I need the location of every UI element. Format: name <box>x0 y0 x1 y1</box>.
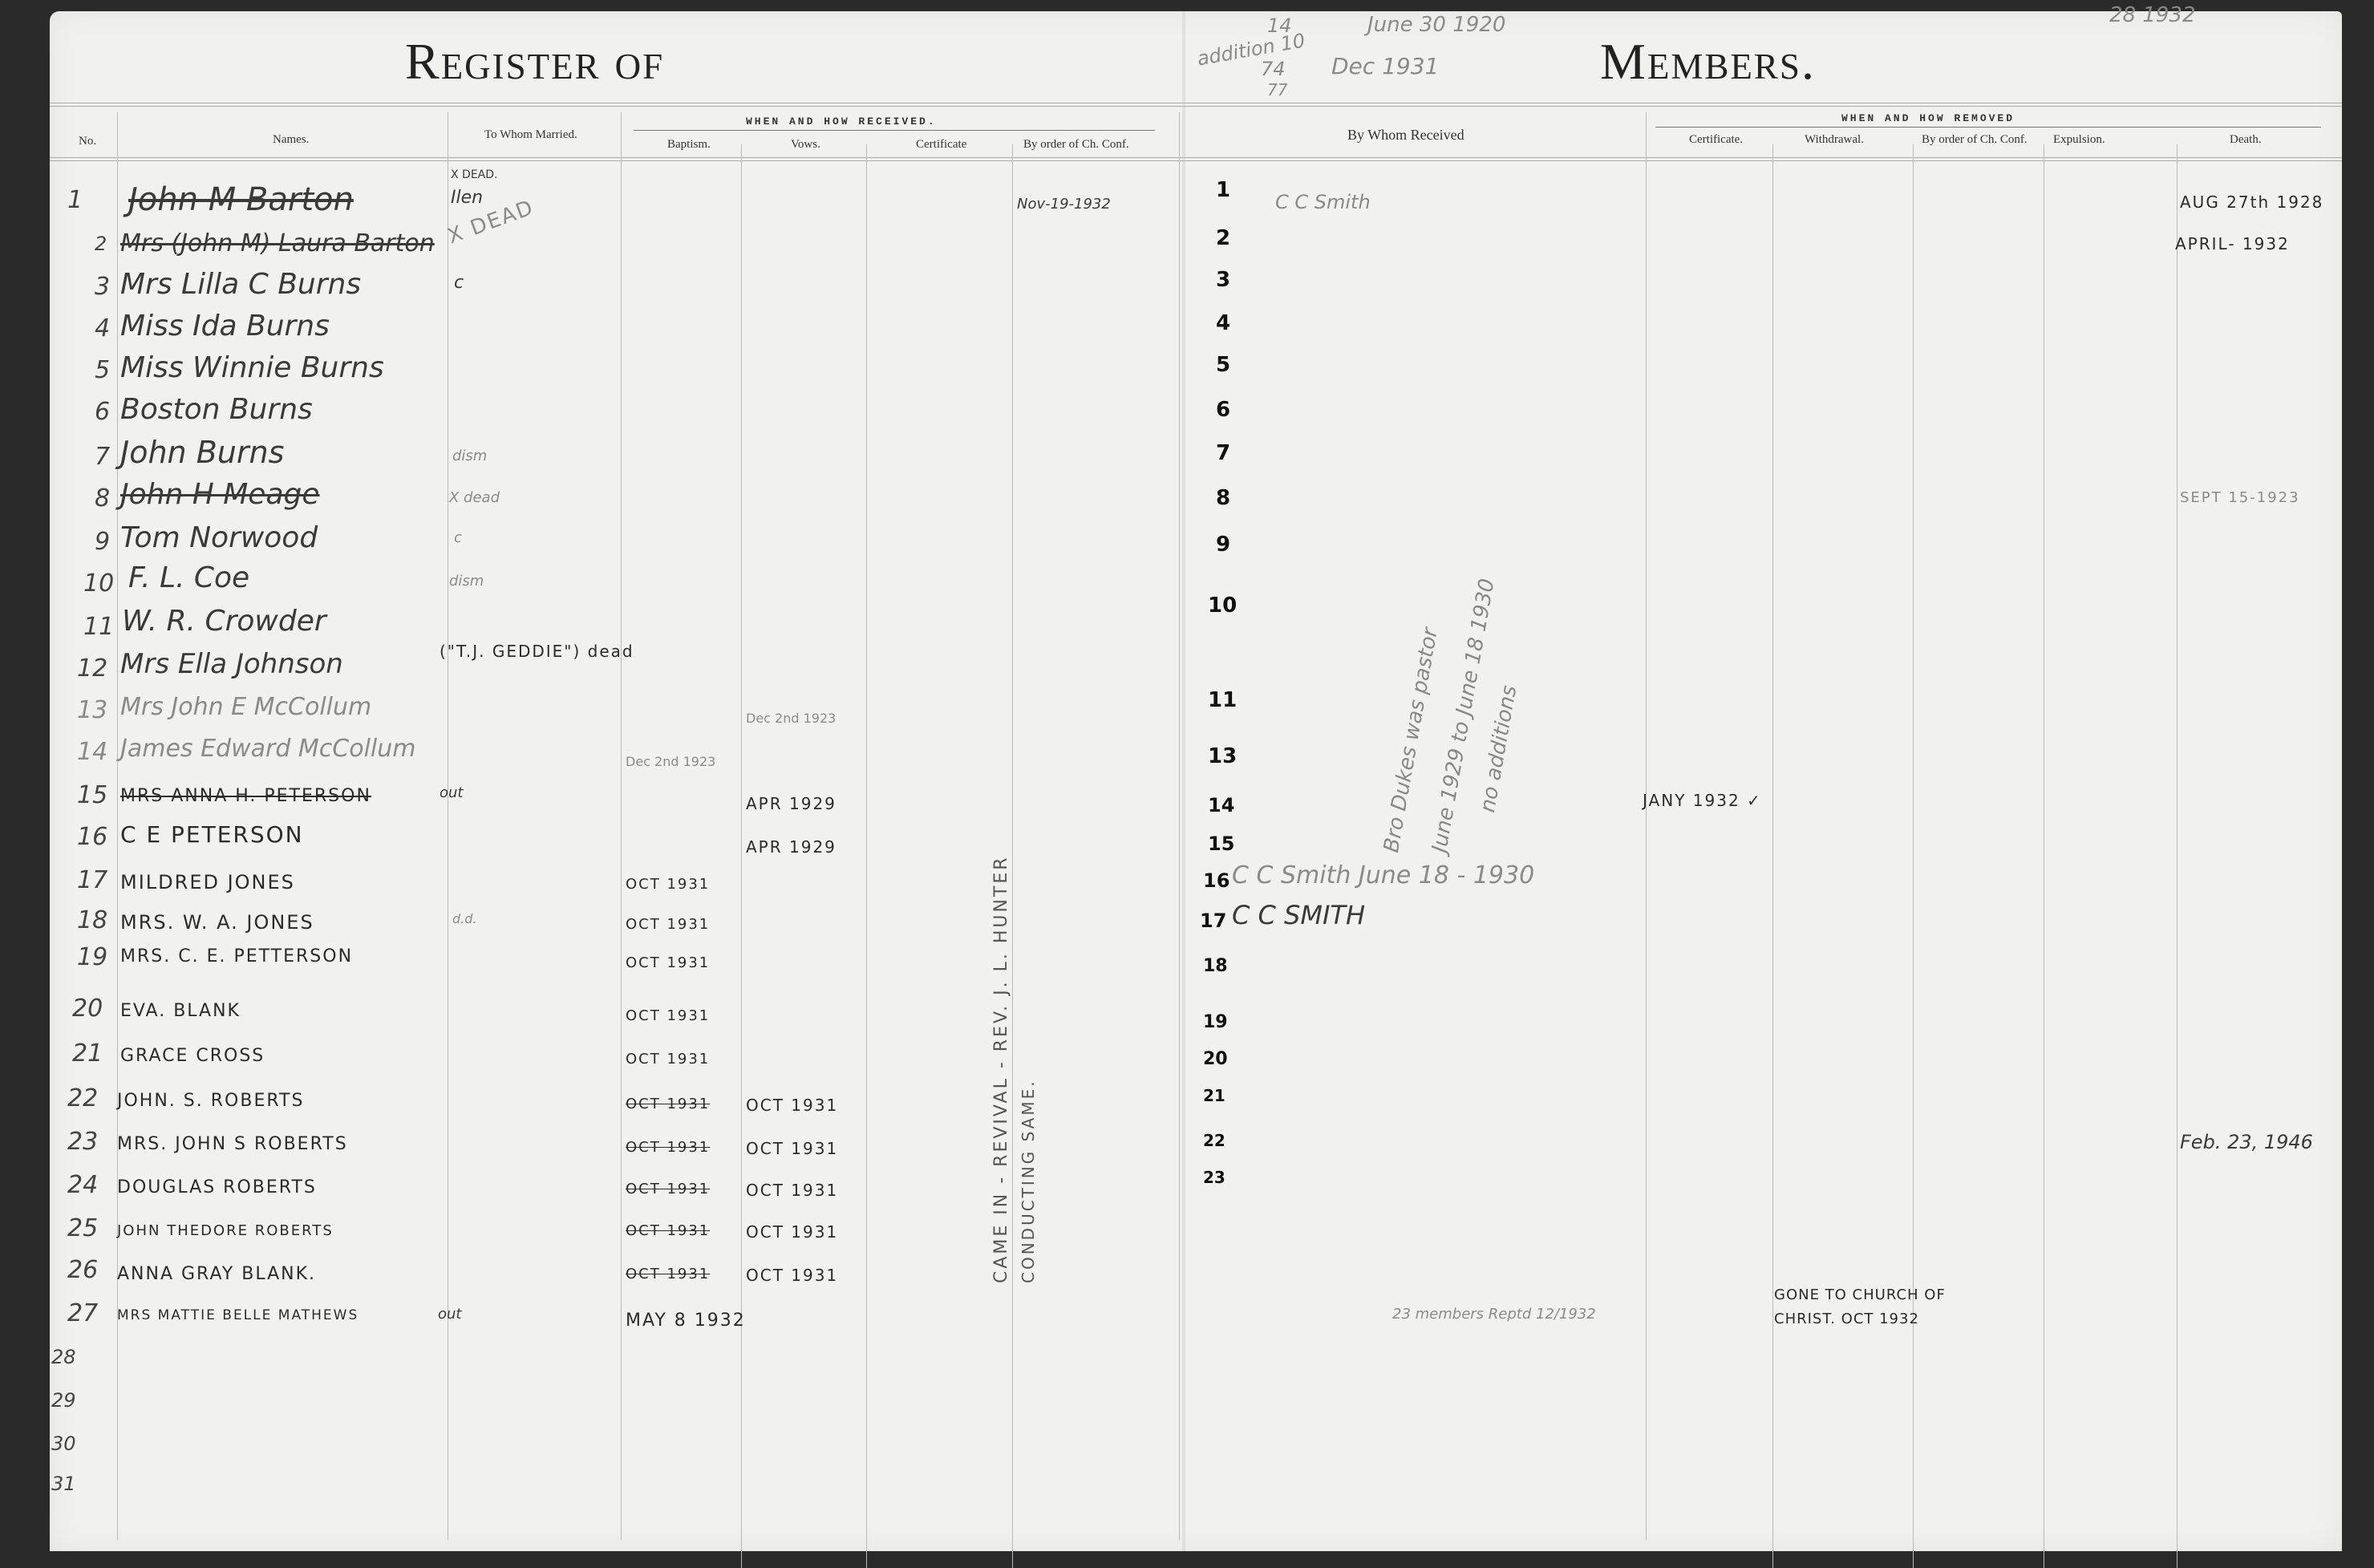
note-june: June 30 1920 <box>1367 13 1505 37</box>
vows-date: Dec 2nd 1923 <box>746 711 836 726</box>
vows-date: OCT 1931 <box>746 1139 838 1158</box>
header-baptism: Baptism. <box>667 138 711 152</box>
seq-number: 7 <box>1216 441 1230 465</box>
seq-number: 10 <box>1208 594 1237 618</box>
note-top-right: 28 1932 <box>2109 3 2196 27</box>
row-number: 4 <box>95 314 110 342</box>
married-value: c <box>454 529 462 546</box>
seq-number: 18 <box>1203 956 1228 976</box>
baptism-date: OCT 1931 <box>626 1181 710 1197</box>
received-by: C C Smith June 18 - 1930 <box>1232 861 1534 889</box>
member-name: W. R. Crowder <box>122 605 326 638</box>
baptism-date: OCT 1931 <box>626 1139 710 1156</box>
vows-date: OCT 1931 <box>746 1222 838 1242</box>
row-number: 8 <box>95 484 110 513</box>
baptism-date: OCT 1931 <box>626 1096 710 1112</box>
member-name: Boston Burns <box>120 393 313 426</box>
member-name: James Edward McCollum <box>120 735 416 763</box>
member-name: John Burns <box>120 435 284 470</box>
seq-number: 1 <box>1216 178 1230 202</box>
married-value: c <box>454 273 464 293</box>
row-number: 10 <box>83 569 114 598</box>
death-date: SEPT 15-1923 <box>2180 489 2300 506</box>
col-divider <box>866 144 867 1568</box>
col-divider <box>117 112 118 1540</box>
member-name: John M Barton <box>128 181 354 218</box>
col-divider <box>2177 144 2178 1568</box>
baptism-date: OCT 1931 <box>626 1266 710 1282</box>
vows-date: OCT 1931 <box>746 1181 838 1200</box>
col-divider <box>621 112 622 1540</box>
member-name: ANNA GRAY BLANK. <box>117 1264 316 1284</box>
book-spine <box>1182 11 1185 1551</box>
baptism-date: OCT 1931 <box>626 876 710 893</box>
member-name: EVA. BLANK <box>120 1001 241 1021</box>
header-r-by-order: By order of Ch. Conf. <box>1922 133 2028 147</box>
header-received-group: WHEN AND HOW RECEIVED. <box>746 115 937 128</box>
col-divider <box>448 112 448 1540</box>
member-name: Mrs Lilla C Burns <box>120 268 361 301</box>
baptism-date: OCT 1931 <box>626 954 710 971</box>
header-certificate: Certificate <box>916 138 966 152</box>
member-name: MRS. C. E. PETTERSON <box>120 946 353 966</box>
group-rule <box>634 130 1155 131</box>
header-by-order: By order of Ch. Conf. <box>1023 138 1129 152</box>
seq-number: 2 <box>1216 226 1230 250</box>
row-number: 25 <box>67 1214 98 1242</box>
member-name: JOHN. S. ROBERTS <box>117 1091 304 1111</box>
member-name: MRS ANNA H. PETERSON <box>120 786 371 806</box>
page-title-left: Register of <box>405 32 664 91</box>
revival-annotation: CAME IN - REVIVAL - REV. J. L. HUNTER <box>991 855 1011 1283</box>
row-number: 19 <box>77 943 107 971</box>
header-expulsion: Expulsion. <box>2053 133 2105 147</box>
row-number: 28 <box>51 1346 76 1368</box>
row-number: 17 <box>77 866 107 894</box>
seq-number: 11 <box>1208 688 1237 712</box>
vows-date: OCT 1931 <box>746 1096 838 1115</box>
seq-number: 9 <box>1216 533 1230 557</box>
member-name: MRS. W. A. JONES <box>120 911 314 934</box>
member-name: Mrs Ella Johnson <box>120 648 343 680</box>
member-name: MRS. JOHN S ROBERTS <box>117 1134 348 1154</box>
header-death: Death. <box>2230 133 2262 147</box>
row-number: 23 <box>67 1128 98 1156</box>
baptism-date: OCT 1931 <box>626 916 710 933</box>
baptism-date: OCT 1931 <box>626 1007 710 1024</box>
col-divider <box>741 144 742 1568</box>
removed-withdrawal: GONE TO CHURCH OF CHRIST. OCT 1932 <box>1774 1283 1967 1331</box>
seq-number: 23 <box>1203 1168 1225 1187</box>
col-divider <box>2044 144 2044 1568</box>
member-name: John H Meage <box>120 478 320 511</box>
member-name: Mrs John E McCollum <box>120 693 371 721</box>
header-r-certificate: Certificate. <box>1689 133 1743 147</box>
col-divider <box>1646 112 1647 1540</box>
header-names: Names. <box>273 133 309 147</box>
member-name: MILDRED JONES <box>120 871 295 893</box>
vows-date: APR 1929 <box>746 794 837 813</box>
death-date: AUG 27th 1928 <box>2180 192 2323 212</box>
header-top-rule <box>50 103 2342 107</box>
baptism-date: Dec 2nd 1923 <box>626 754 715 769</box>
header-married: To Whom Married. <box>484 128 577 142</box>
seq-number: 6 <box>1216 398 1230 422</box>
row-number: 3 <box>95 273 110 301</box>
baptism-date: OCT 1931 <box>626 1051 710 1068</box>
married-value: Ilen <box>451 188 483 208</box>
member-name: Miss Winnie Burns <box>120 351 384 384</box>
received-by: C C SMITH <box>1232 900 1365 930</box>
note-dec: Dec 1931 <box>1331 53 1439 79</box>
row-number: 20 <box>72 995 103 1023</box>
by-order-date: Nov-19-1932 <box>1017 196 1111 213</box>
header-removed-group: WHEN AND HOW REMOVED <box>1841 112 2015 124</box>
vows-date: OCT 1931 <box>746 1266 838 1285</box>
death-date: APRIL- 1932 <box>2175 234 2290 253</box>
page-title-right: Members. <box>1600 32 1816 91</box>
seq-number: 13 <box>1208 744 1237 768</box>
row-number: 16 <box>77 823 107 851</box>
married-value: dism <box>449 573 484 590</box>
row-number: 26 <box>67 1256 98 1284</box>
header-bottom-rule <box>50 157 2342 161</box>
row-number: 9 <box>95 528 110 556</box>
member-name: F. L. Coe <box>128 561 249 594</box>
seq-number: 4 <box>1216 311 1230 335</box>
row-number: 13 <box>77 696 107 724</box>
seq-number: 21 <box>1203 1086 1225 1105</box>
married-value: out <box>438 1306 461 1323</box>
married-value: d.d. <box>452 911 476 926</box>
row-number: 11 <box>83 613 114 641</box>
row-number: 21 <box>72 1039 103 1068</box>
row-number: 5 <box>95 356 110 384</box>
header-withdrawal: Withdrawal. <box>1805 133 1864 147</box>
note-74: 74 <box>1261 58 1286 80</box>
vows-date: APR 1929 <box>746 837 837 857</box>
baptism-date: MAY 8 1932 <box>626 1311 746 1331</box>
member-name: GRACE CROSS <box>120 1046 265 1066</box>
death-date: Feb. 23, 1946 <box>2180 1131 2313 1153</box>
row-number: 1 <box>67 186 83 214</box>
married-value: dism <box>452 448 487 464</box>
seq-number: 8 <box>1216 486 1230 510</box>
row-number: 6 <box>95 398 110 426</box>
married-note: X DEAD. <box>451 168 497 181</box>
seq-number: 5 <box>1216 353 1230 377</box>
header-vows: Vows. <box>791 138 820 152</box>
row-number: 22 <box>67 1084 98 1112</box>
group-rule <box>1655 127 2321 128</box>
member-name: C E PETERSON <box>120 821 304 848</box>
seq-number: 22 <box>1203 1131 1225 1150</box>
seq-number: 15 <box>1208 833 1234 855</box>
row-number: 30 <box>51 1432 76 1455</box>
row-number: 15 <box>77 781 107 809</box>
received-by: C C Smith <box>1275 191 1371 213</box>
member-name: MRS MATTIE BELLE MATHEWS <box>117 1307 359 1323</box>
header-by-whom: By Whom Received <box>1347 127 1465 144</box>
row-number: 24 <box>67 1171 98 1199</box>
member-name: Tom Norwood <box>120 521 318 554</box>
removed-certificate: JANY 1932 ✓ <box>1643 791 1762 810</box>
seq-number: 17 <box>1200 910 1226 932</box>
row-number: 29 <box>51 1389 76 1412</box>
seq-number: 19 <box>1203 1012 1228 1032</box>
col-divider <box>1179 112 1180 1540</box>
row-number: 12 <box>77 654 107 683</box>
row-number: 7 <box>95 443 110 471</box>
member-name: Miss Ida Burns <box>120 310 330 342</box>
col-divider <box>1913 144 1914 1568</box>
row-number: 31 <box>51 1473 76 1495</box>
col-divider <box>1772 144 1773 1568</box>
row-number: 14 <box>77 738 107 766</box>
member-name: DOUGLAS ROBERTS <box>117 1177 317 1197</box>
seq-number: 14 <box>1208 794 1234 816</box>
married-value: X dead <box>449 489 500 506</box>
header-no: No. <box>79 135 96 148</box>
row-number: 2 <box>95 233 107 255</box>
seq-number: 3 <box>1216 268 1230 292</box>
row-number: 27 <box>67 1299 98 1327</box>
married-value: out <box>440 784 463 801</box>
married-value: ("T.J. GEDDIE") dead <box>440 642 634 661</box>
baptism-date: OCT 1931 <box>626 1222 710 1239</box>
note-77: 77 <box>1267 80 1287 99</box>
seq-number: 20 <box>1203 1049 1228 1069</box>
member-name: Mrs (John M) Laura Barton <box>120 229 435 257</box>
member-name: JOHN THEDORE ROBERTS <box>117 1222 334 1239</box>
col-divider <box>1012 144 1013 1568</box>
seq-number: 16 <box>1203 869 1230 892</box>
received-by: 23 members Reptd 12/1932 <box>1392 1306 1596 1323</box>
row-number: 18 <box>77 906 107 934</box>
revival-annotation-2: CONDUCTING SAME. <box>1019 1079 1038 1283</box>
note-14: 14 <box>1267 14 1292 37</box>
